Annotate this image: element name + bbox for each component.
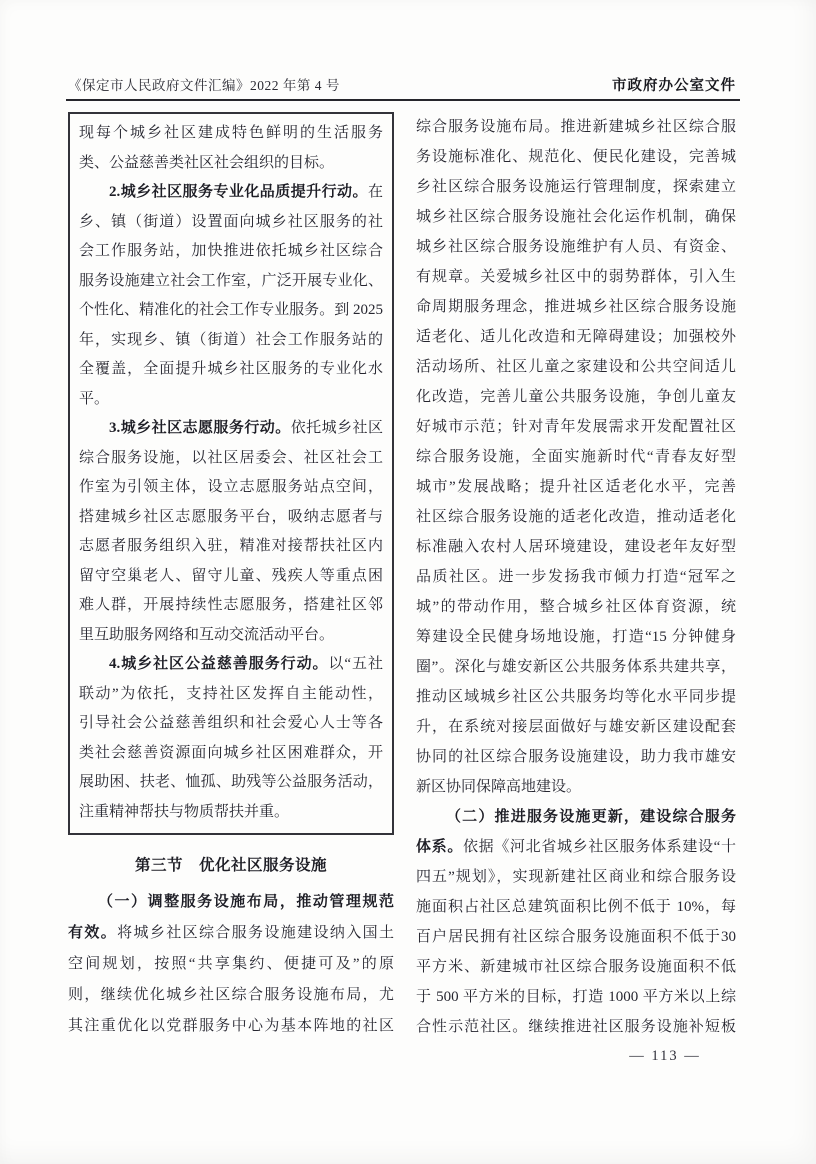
text-line: 四五”规划》，实现新建社区商业和综合服务设 [416,862,736,892]
text-run: 服务设施建立社会工作室，广泛开展专业化、 [79,273,383,289]
text-line: 综合服务设施，全面实施新时代“青春友好型 [416,442,736,472]
text-line: 施面积占社区总建筑面积比例不低于 10%，每 [416,892,736,922]
text-run: 现每个城乡社区建成特色鲜明的生活服务 [79,125,383,141]
text-line: 命周期服务理念，推进城乡社区综合服务设施 [416,292,736,322]
text-run: 综合服务设施，以社区居委会、社区社会工 [79,450,383,466]
bold-run: （二）推进服务设施更新，建设综合服务 [446,809,736,825]
text-run: 引导社会公益慈善组织和社会爱心人士等各 [79,715,383,731]
text-line: 适老化、适儿化改造和无障碍建设；加强校外 [416,322,736,352]
text-run: 乡、镇（街道）设置面向城乡社区服务的社 [79,214,383,230]
text-line: 升，在系统对接层面做好与雄安新区建设配套 [416,712,736,742]
text-line: 平方米、新建城市社区综合服务设施面积不低 [416,952,736,982]
text-line: 联动”为依托，支持社区发挥自主能动性， [79,680,383,710]
text-line: 圈”。深化与雄安新区公共服务体系共建共享， [416,652,736,682]
page-number: — 113 — [600,1048,730,1065]
bold-run: （一）调整服务设施布局，推动管理规范 [98,894,394,910]
text-line: 百户居民拥有社区综合服务设施面积不低于30 [416,922,736,952]
text-line: 类社会慈善资源面向城乡社区困难群众，开 [79,739,383,769]
text-run: 个性化、精准化的社会工作专业服务。到 2025 [79,302,383,318]
text-run: 有规章。关爱城乡社区中的弱势群体，引入生 [416,269,736,285]
text-line: 乡社区综合服务设施运行管理制度，探索建立 [416,172,736,202]
text-line: 现每个城乡社区建成特色鲜明的生活服务 [79,119,383,149]
text-run: 留守空巢老人、留守儿童、残疾人等重点困 [79,568,383,584]
text-line: 好城市示范；针对青年发展需求开发配置社区 [416,412,736,442]
text-run: 综合服务设施布局。推进新建城乡社区综合服 [416,119,736,135]
text-line: 务设施标准化、规范化、便民化建设，完善城 [416,142,736,172]
text-run: 作室为引领主体，设立志愿服务站点空间， [79,479,383,495]
text-line: 展助困、扶老、恤孤、助残等公益服务活动， [79,768,383,798]
text-line: 协同的社区综合服务设施建设，助力我市雄安 [416,742,736,772]
text-line: 平。 [79,385,383,415]
text-line: 于 500 平方米的目标，打造 1000 平方米以上综 [416,982,736,1012]
text-line: 推动区域城乡社区公共服务均等化水平同步提 [416,682,736,712]
text-line: 合性示范社区。继续推进社区服务设施补短板 [416,1012,736,1042]
text-run: 好城市示范；针对青年发展需求开发配置社区 [416,419,736,435]
text-line: 3.城乡社区志愿服务行动。依托城乡社区 [79,414,383,444]
text-run: 依托城乡社区 [291,420,383,436]
text-run: 平。 [79,391,109,407]
text-run: 筹建设全民健身场地设施，打造“15 分钟健身 [416,629,736,645]
text-run: 社区综合服务设施的适老化改造，推动适老化 [416,509,736,525]
text-run: 城”的带动作用，整合城乡社区体育资源，统 [416,599,736,615]
bold-run: 2.城乡社区服务专业化品质提升行动。 [109,184,368,200]
text-run: 品质社区。进一步发扬我市倾力打造“冠军之 [416,569,736,585]
text-run: 务设施标准化、规范化、便民化建设，完善城 [416,149,736,165]
text-line: 城”的带动作用，整合城乡社区体育资源，统 [416,592,736,622]
text-run: 搭建城乡社区志愿服务平台，吸纳志愿者与 [79,509,383,525]
text-line: 留守空巢老人、留守儿童、残疾人等重点困 [79,562,383,592]
text-line: 会工作服务站，加快推进依托城乡社区综合 [79,237,383,267]
text-run: 标准融入农村人居环境建设，建设老年友好型 [416,539,736,555]
text-run: 乡社区综合服务设施运行管理制度，探索建立 [416,179,736,195]
text-line: 志愿者服务组织入驻，精准对接帮扶社区内 [79,532,383,562]
bold-run: 3.城乡社区志愿服务行动。 [109,420,291,436]
text-run: 施面积占社区总建筑面积比例不低于 10%，每 [416,899,736,915]
text-line: 城市”发展战略；提升社区适老化水平，完善 [416,472,736,502]
text-run: 其注重优化以党群服务中心为基本阵地的社区 [68,1018,394,1034]
right-column: 综合服务设施布局。推进新建城乡社区综合服务设施标准化、规范化、便民化建设，完善城… [416,112,736,1042]
bold-run: 体系。 [416,839,463,855]
document-page: 《保定市人民政府文件汇编》2022 年第 4 号 市政府办公室文件 现每个城乡社… [0,0,816,1164]
text-run: 推动区域城乡社区公共服务均等化水平同步提 [416,689,736,705]
text-line: 全覆盖，全面提升城乡社区服务的专业化水 [79,355,383,385]
page-header: 《保定市人民政府文件汇编》2022 年第 4 号 市政府办公室文件 [68,74,736,95]
bold-run: 4.城乡社区公益慈善服务行动。 [109,656,328,672]
text-run: 在 [368,184,383,200]
text-run: 于 500 平方米的目标，打造 1000 平方米以上综 [416,989,736,1005]
text-run: 难人群，开展持续性志愿服务，搭建社区邻 [79,597,383,613]
text-run: 年，实现乡、镇（街道）社会工作服务站的 [79,332,383,348]
left-column: 现每个城乡社区建成特色鲜明的生活服务类、公益慈善类社区社会组织的目标。2.城乡社… [68,112,394,1042]
text-run: 类社会慈善资源面向城乡社区困难群众，开 [79,745,383,761]
text-run: 以“五社 [328,656,383,672]
text-line: 作室为引领主体，设立志愿服务站点空间， [79,473,383,503]
text-line: 难人群，开展持续性志愿服务，搭建社区邻 [79,591,383,621]
text-line: 年，实现乡、镇（街道）社会工作服务站的 [79,326,383,356]
text-line: 服务设施建立社会工作室，广泛开展专业化、 [79,267,383,297]
text-line: 活动场所、社区儿童之家建设和公共空间适儿 [416,352,736,382]
text-line: 则，继续优化城乡社区综合服务设施布局，尤 [68,980,394,1011]
text-run: 依据《河北省城乡社区服务体系建设“十 [463,839,736,855]
text-line: 有规章。关爱城乡社区中的弱势群体，引入生 [416,262,736,292]
text-run: 展助困、扶老、恤孤、助残等公益服务活动， [79,774,383,790]
text-line: 4.城乡社区公益慈善服务行动。以“五社 [79,650,383,680]
text-line: 搭建城乡社区志愿服务平台，吸纳志愿者与 [79,503,383,533]
text-line: 标准融入农村人居环境建设，建设老年友好型 [416,532,736,562]
text-run: 合性示范社区。继续推进社区服务设施补短板 [416,1019,736,1035]
bold-run: 有效。 [68,925,117,941]
left-column-paragraph: （一）调整服务设施布局，推动管理规范有效。将城乡社区综合服务设施建设纳入国土空间… [68,887,394,1042]
text-run: 升，在系统对接层面做好与雄安新区建设配套 [416,719,736,735]
text-line: 有效。将城乡社区综合服务设施建设纳入国土 [68,918,394,949]
text-run: 平方米、新建城市社区综合服务设施面积不低 [416,959,736,975]
text-line: 注重精神帮扶与物质帮扶并重。 [79,798,383,828]
boxed-text-region: 现每个城乡社区建成特色鲜明的生活服务类、公益慈善类社区社会组织的目标。2.城乡社… [68,112,394,835]
text-run: 圈”。深化与雄安新区公共服务体系共建共享， [416,659,736,675]
text-line: 类、公益慈善类社区社会组织的目标。 [79,149,383,179]
text-line: 个性化、精准化的社会工作专业服务。到 2025 [79,296,383,326]
text-line: 空间规划，按照“共享集约、便捷可及”的原 [68,949,394,980]
text-run: 适老化、适儿化改造和无障碍建设；加强校外 [416,329,736,345]
text-line: 新区协同保障高地建设。 [416,772,736,802]
text-line: 里互助服务网络和互动交流活动平台。 [79,621,383,651]
text-line: 城乡社区综合服务设施维护有人员、有资金、 [416,232,736,262]
text-line: 乡、镇（街道）设置面向城乡社区服务的社 [79,208,383,238]
text-run: 百户居民拥有社区综合服务设施面积不低于30 [416,929,736,945]
text-run: 全覆盖，全面提升城乡社区服务的专业化水 [79,361,383,377]
section-heading: 第三节 优化社区服务设施 [68,851,394,881]
text-run: 命周期服务理念，推进城乡社区综合服务设施 [416,299,736,315]
text-run: 四五”规划》，实现新建社区商业和综合服务设 [416,869,736,885]
text-run: 综合服务设施，全面实施新时代“青春友好型 [416,449,736,465]
text-run: 活动场所、社区儿童之家建设和公共空间适儿 [416,359,736,375]
text-run: 则，继续优化城乡社区综合服务设施布局，尤 [68,987,394,1003]
header-compilation-title: 《保定市人民政府文件汇编》2022 年第 4 号 [68,74,340,94]
text-line: （一）调整服务设施布局，推动管理规范 [68,887,394,918]
text-line: 体系。依据《河北省城乡社区服务体系建设“十 [416,832,736,862]
text-run: 城市”发展战略；提升社区适老化水平，完善 [416,479,736,495]
text-line: 社区综合服务设施的适老化改造，推动适老化 [416,502,736,532]
text-line: （二）推进服务设施更新，建设综合服务 [416,802,736,832]
text-line: 综合服务设施，以社区居委会、社区社会工 [79,444,383,474]
text-line: 筹建设全民健身场地设施，打造“15 分钟健身 [416,622,736,652]
text-run: 会工作服务站，加快推进依托城乡社区综合 [79,243,383,259]
text-run: 城乡社区综合服务设施社会化运作机制，确保 [416,209,736,225]
text-run: 里互助服务网络和互动交流活动平台。 [79,627,334,643]
text-line: 城乡社区综合服务设施社会化运作机制，确保 [416,202,736,232]
text-run: 类、公益慈善类社区社会组织的目标。 [79,155,334,171]
text-run: 协同的社区综合服务设施建设，助力我市雄安 [416,749,736,765]
text-run: 联动”为依托，支持社区发挥自主能动性， [79,686,383,702]
text-line: 2.城乡社区服务专业化品质提升行动。在 [79,178,383,208]
text-run: 志愿者服务组织入驻，精准对接帮扶社区内 [79,538,383,554]
text-run: 注重精神帮扶与物质帮扶并重。 [79,804,289,820]
header-office-label: 市政府办公室文件 [612,74,736,95]
text-run: 新区协同保障高地建设。 [416,779,581,795]
text-run: 空间规划，按照“共享集约、便捷可及”的原 [68,956,394,972]
header-rule [66,99,740,101]
text-line: 引导社会公益慈善组织和社会爱心人士等各 [79,709,383,739]
text-line: 综合服务设施布局。推进新建城乡社区综合服 [416,112,736,142]
text-line: 其注重优化以党群服务中心为基本阵地的社区 [68,1011,394,1042]
text-line: 品质社区。进一步发扬我市倾力打造“冠军之 [416,562,736,592]
text-line: 化改造，完善儿童公共服务设施，争创儿童友 [416,382,736,412]
two-column-body: 现每个城乡社区建成特色鲜明的生活服务类、公益慈善类社区社会组织的目标。2.城乡社… [68,112,736,1042]
text-run: 化改造，完善儿童公共服务设施，争创儿童友 [416,389,736,405]
text-run: 将城乡社区综合服务设施建设纳入国土 [117,925,394,941]
text-run: 城乡社区综合服务设施维护有人员、有资金、 [416,239,736,255]
